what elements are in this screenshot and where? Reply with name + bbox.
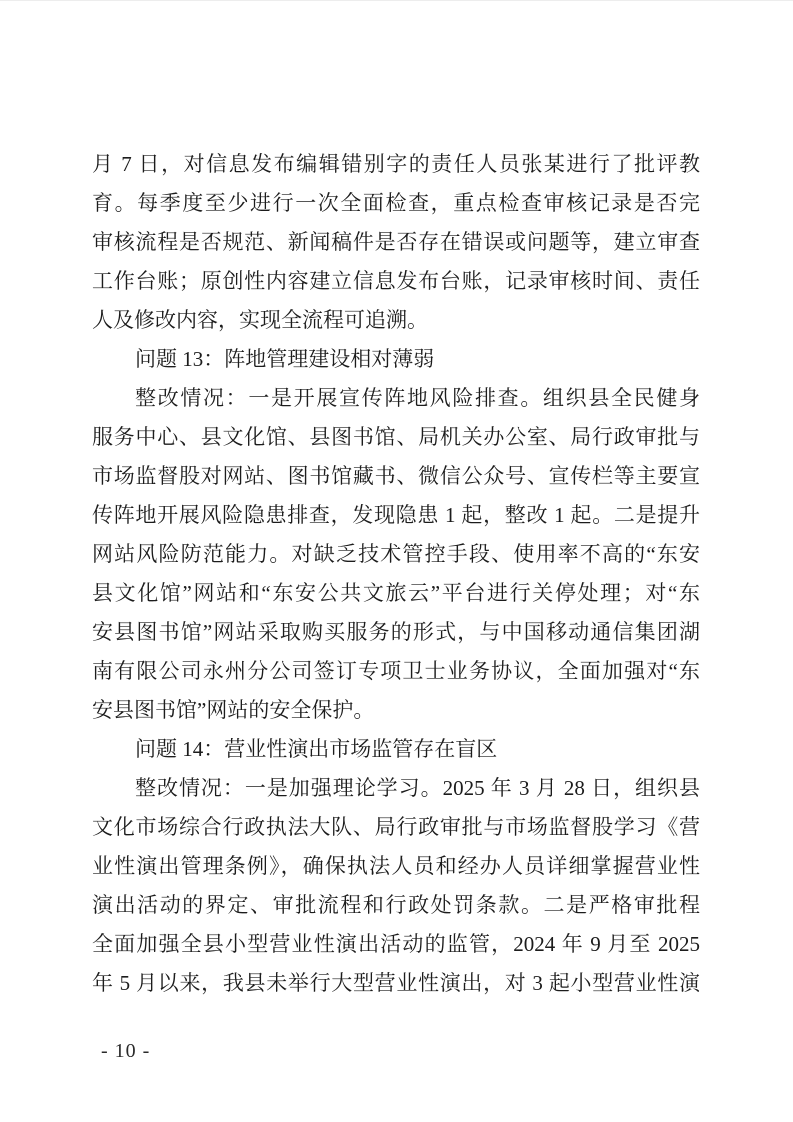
text-line: 网站风险防范能力。对缺乏技术管控手段、使用率不高的“东安 [92,535,700,574]
text-line: 整改情况：一是加强理论学习。2025 年 3 月 28 日，组织县 [92,769,700,808]
heading-line: 问题 14：营业性演出市场监管存在盲区 [92,730,700,769]
paragraph-issue-14-rectification: 整改情况：一是加强理论学习。2025 年 3 月 28 日，组织县文化市场综合行… [92,769,700,1003]
text-line: 业性演出管理条例》，确保执法人员和经办人员详细掌握营业性 [92,847,700,886]
heading-issue-14: 问题 14：营业性演出市场监管存在盲区 [92,730,700,769]
text-line: 市场监督股对网站、图书馆藏书、微信公众号、宣传栏等主要宣 [92,457,700,496]
text-line: 安县图书馆”网站采取购买服务的形式，与中国移动通信集团湖 [92,613,700,652]
text-line: 人及修改内容，实现全流程可追溯。 [92,301,700,340]
text-line: 服务中心、县文化馆、县图书馆、局机关办公室、局行政审批与 [92,418,700,457]
text-block: 月 7 日，对信息发布编辑错别字的责任人员张某进行了批评教育。每季度至少进行一次… [92,145,700,1003]
heading-issue-13: 问题 13：阵地管理建设相对薄弱 [92,340,700,379]
text-line: 工作台账；原创性内容建立信息发布台账，记录审核时间、责任 [92,262,700,301]
text-line: 整改情况：一是开展宣传阵地风险排查。组织县全民健身 [92,379,700,418]
text-line: 传阵地开展风险隐患排查，发现隐患 1 起，整改 1 起。二是提升 [92,496,700,535]
text-line: 安县图书馆”网站的安全保护。 [92,691,700,730]
text-line: 县文化馆”网站和“东安公共文旅云”平台进行关停处理；对“东 [92,574,700,613]
paragraph-continuation: 月 7 日，对信息发布编辑错别字的责任人员张某进行了批评教育。每季度至少进行一次… [92,145,700,340]
page-number: - 10 - [101,1039,150,1063]
document-page: 月 7 日，对信息发布编辑错别字的责任人员张某进行了批评教育。每季度至少进行一次… [0,0,793,1122]
text-line: 年 5 月以来，我县未举行大型营业性演出，对 3 起小型营业性演 [92,964,700,1003]
text-line: 育。每季度至少进行一次全面检查，重点检查审核记录是否完整、 [92,184,700,223]
heading-line: 问题 13：阵地管理建设相对薄弱 [92,340,700,379]
text-line: 审核流程是否规范、新闻稿件是否存在错误或问题等，建立审查 [92,223,700,262]
text-line: 文化市场综合行政执法大队、局行政审批与市场监督股学习《营 [92,808,700,847]
text-line: 全面加强全县小型营业性演出活动的监管，2024 年 9 月至 2025 [92,925,700,964]
text-line: 南有限公司永州分公司签订专项卫士业务协议，全面加强对“东 [92,652,700,691]
paragraph-issue-13-rectification: 整改情况：一是开展宣传阵地风险排查。组织县全民健身服务中心、县文化馆、县图书馆、… [92,379,700,730]
text-line: 演出活动的界定、审批流程和行政处罚条款。二是严格审批程序。 [92,886,700,925]
text-line: 月 7 日，对信息发布编辑错别字的责任人员张某进行了批评教 [92,145,700,184]
